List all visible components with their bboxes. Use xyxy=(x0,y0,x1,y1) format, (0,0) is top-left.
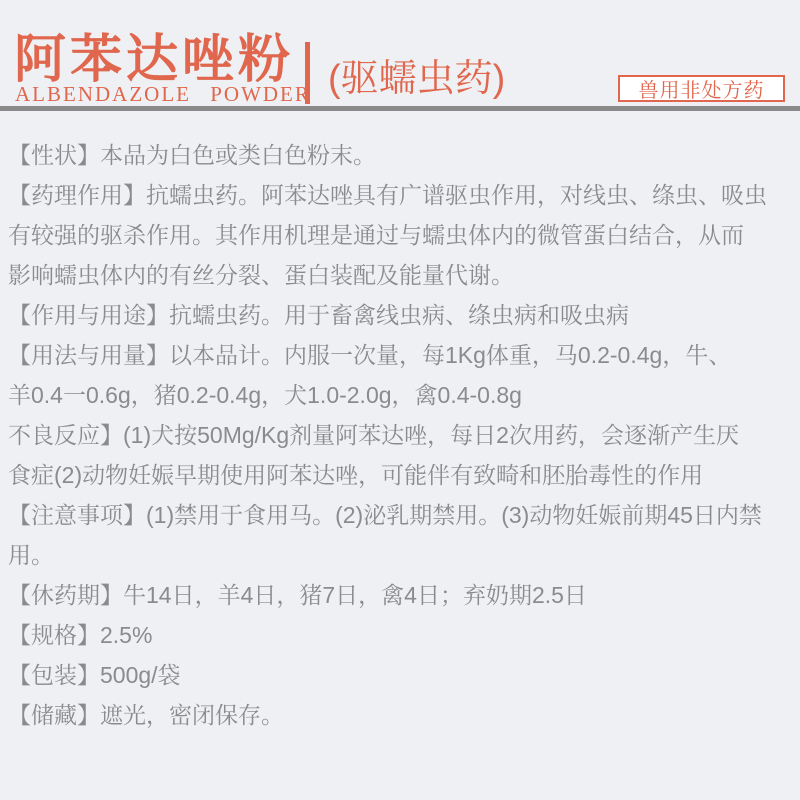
text-line: 【用法与用量】以本品计。内服一次量，每1Kg体重，马0.2-0.4g，牛、 xyxy=(8,335,796,375)
section-packaging: 【包装】500g/袋 xyxy=(8,655,796,695)
product-title-english: ALBENDAZOLE POWDER xyxy=(15,84,311,105)
title-separator-bar xyxy=(305,42,310,104)
otc-badge: 兽用非处方药 xyxy=(618,75,785,102)
drug-category-label: (驱蠕虫药) xyxy=(328,60,505,98)
section-storage: 【储藏】遮光，密闭保存。 xyxy=(8,695,796,735)
text-line: 用。 xyxy=(8,535,796,575)
label-body: 【性状】本品为白色或类白色粉末。 【药理作用】抗蠕虫药。阿苯达唑具有广谱驱虫作用… xyxy=(8,135,796,735)
section-adverse-reactions: 不良反应】(1)犬按50Mg/Kg剂量阿苯达唑，每日2次用药，会逐渐产生厌 食症… xyxy=(8,415,796,495)
text-line: 影响蠕虫体内的有丝分裂、蛋白装配及能量代谢。 xyxy=(8,255,796,295)
section-properties: 【性状】本品为白色或类白色粉末。 xyxy=(8,135,796,175)
text-line: 【药理作用】抗蠕虫药。阿苯达唑具有广谱驱虫作用，对线虫、绦虫、吸虫 xyxy=(8,175,796,215)
text-line: 不良反应】(1)犬按50Mg/Kg剂量阿苯达唑，每日2次用药，会逐渐产生厌 xyxy=(8,415,796,455)
section-indications: 【作用与用途】抗蠕虫药。用于畜禽线虫病、绦虫病和吸虫病 xyxy=(8,295,796,335)
medicine-label-page: 阿苯达唑粉 ALBENDAZOLE POWDER (驱蠕虫药) 兽用非处方药 【… xyxy=(0,0,800,800)
text-line: 【包装】500g/袋 xyxy=(8,655,796,695)
section-withdrawal-period: 【休药期】牛14日，羊4日，猪7日，禽4日；弃奶期2.5日 xyxy=(8,575,796,615)
text-line: 【规格】2.5% xyxy=(8,615,796,655)
text-line: 【作用与用途】抗蠕虫药。用于畜禽线虫病、绦虫病和吸虫病 xyxy=(8,295,796,335)
section-pharmacology: 【药理作用】抗蠕虫药。阿苯达唑具有广谱驱虫作用，对线虫、绦虫、吸虫 有较强的驱杀… xyxy=(8,175,796,295)
text-line: 羊0.4一0.6g，猪0.2-0.4g，犬1.0-2.0g，禽0.4-0.8g xyxy=(8,375,796,415)
text-line: 【性状】本品为白色或类白色粉末。 xyxy=(8,135,796,175)
text-line: 【休药期】牛14日，羊4日，猪7日，禽4日；弃奶期2.5日 xyxy=(8,575,796,615)
section-dosage: 【用法与用量】以本品计。内服一次量，每1Kg体重，马0.2-0.4g，牛、 羊0… xyxy=(8,335,796,415)
text-line: 【注意事项】(1)禁用于食用马。(2)泌乳期禁用。(3)动物妊娠前期45日内禁 xyxy=(8,495,796,535)
section-precautions: 【注意事项】(1)禁用于食用马。(2)泌乳期禁用。(3)动物妊娠前期45日内禁 … xyxy=(8,495,796,575)
text-line: 食症(2)动物妊娠早期使用阿苯达唑，可能伴有致畸和胚胎毒性的作用 xyxy=(8,455,796,495)
text-line: 【储藏】遮光，密闭保存。 xyxy=(8,695,796,735)
section-specification: 【规格】2.5% xyxy=(8,615,796,655)
text-line: 有较强的驱杀作用。其作用机理是通过与蠕虫体内的微管蛋白结合，从而 xyxy=(8,215,796,255)
product-title: 阿苯达唑粉 xyxy=(14,34,294,86)
header-divider-line xyxy=(0,106,800,111)
